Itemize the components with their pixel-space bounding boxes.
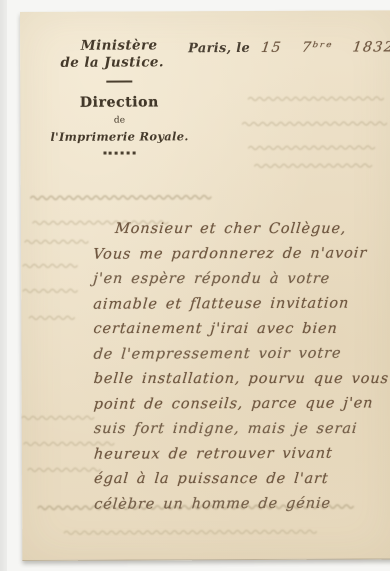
body-line: de l'empressement voir votre (92, 341, 390, 367)
handwritten-letter-body: Monsieur et cher Collègue, Vous me pardo… (93, 216, 390, 517)
body-line: certainement j'irai avec bien (92, 317, 390, 342)
scanner-edge-strip (0, 0, 7, 571)
division-de: de (44, 115, 194, 126)
letterhead-rule (106, 81, 132, 83)
printed-letterhead: Ministère de la Justice. Direction de l'… (44, 37, 195, 155)
body-line: célèbre un homme de génie (93, 491, 390, 517)
body-line: Vous me pardonnerez de n'avoir (92, 241, 390, 267)
handwritten-date: 15 7ᵇʳᵉ 1832 (260, 39, 390, 56)
letterhead-dotted-rule (104, 151, 136, 154)
ministry-name-line1: Ministère (44, 37, 194, 55)
body-line: heureux de retrouver vivant (93, 441, 390, 467)
body-line: belle installation, pourvu que vous ne (93, 367, 390, 392)
ministry-name-line2: de la Justice. (30, 54, 194, 72)
body-line: aimable et flatteuse invitation (92, 291, 390, 317)
division-title: Direction (44, 94, 194, 111)
division-office: l'Imprimerie Royale. (45, 129, 195, 144)
body-line: égal à la puissance de l'art (93, 467, 390, 492)
printed-place-label: Paris, le (188, 41, 250, 56)
body-line: suis fort indigne, mais je serai (93, 417, 390, 442)
date-line: Paris, le 15 7ᵇʳᵉ 1832 (188, 36, 390, 56)
salutation-line: Monsieur et cher Collègue, (92, 217, 390, 242)
scanned-letter-page: Ministère de la Justice. Direction de l'… (0, 0, 390, 571)
body-line: j'en espère répondu à votre (92, 267, 390, 292)
body-line: point de conseils, parce que j'en (93, 391, 390, 417)
letter-paper: Ministère de la Justice. Direction de l'… (20, 10, 390, 561)
